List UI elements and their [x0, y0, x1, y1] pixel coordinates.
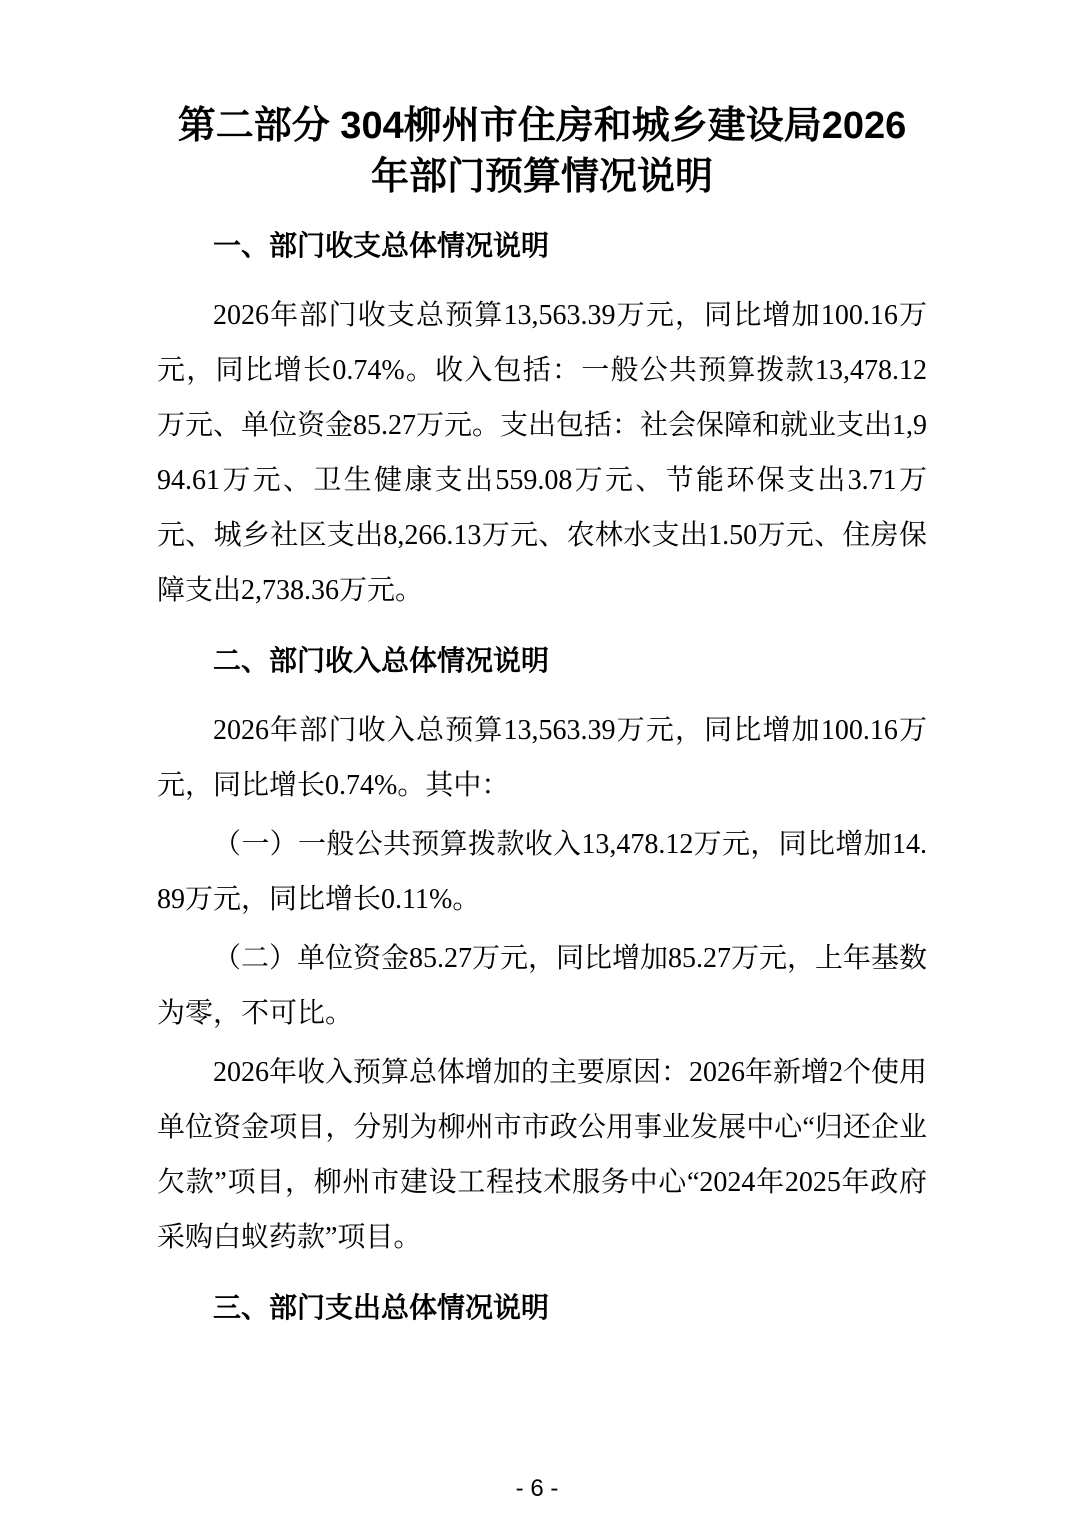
paragraph-income-item-1: （一）一般公共预算拨款收入13,478.12万元，同比增加14.89万元，同比增… [157, 817, 927, 927]
paragraph-income-increase-reason: 2026年收入预算总体增加的主要原因：2026年新增2个使用单位资金项目，分别为… [157, 1045, 927, 1265]
title-line-2: 年部门预算情况说明 [157, 152, 927, 203]
section-heading-income-overview: 二、部门收入总体情况说明 [157, 633, 927, 688]
section-heading-income-expenditure-overview: 一、部门收支总体情况说明 [157, 218, 927, 273]
paragraph-income-item-2: （二）单位资金85.27万元，同比增加85.27万元，上年基数为零，不可比。 [157, 931, 927, 1041]
title-line-1: 第二部分 304柳州市住房和城乡建设局2026 [157, 101, 927, 152]
paragraph-income-total: 2026年部门收入总预算13,563.39万元，同比增加100.16万元，同比增… [157, 703, 927, 813]
paragraph-budget-totals: 2026年部门收支总预算13,563.39万元，同比增加100.16万元，同比增… [157, 288, 927, 618]
section-heading-expenditure-overview: 三、部门支出总体情况说明 [157, 1280, 927, 1335]
document-content: 第二部分 304柳州市住房和城乡建设局2026 年部门预算情况说明 一、部门收支… [157, 0, 927, 1350]
page-number: - 6 - [0, 1475, 1074, 1503]
document-title: 第二部分 304柳州市住房和城乡建设局2026 年部门预算情况说明 [157, 101, 927, 203]
document-page: 第二部分 304柳州市住房和城乡建设局2026 年部门预算情况说明 一、部门收支… [0, 0, 1074, 1520]
